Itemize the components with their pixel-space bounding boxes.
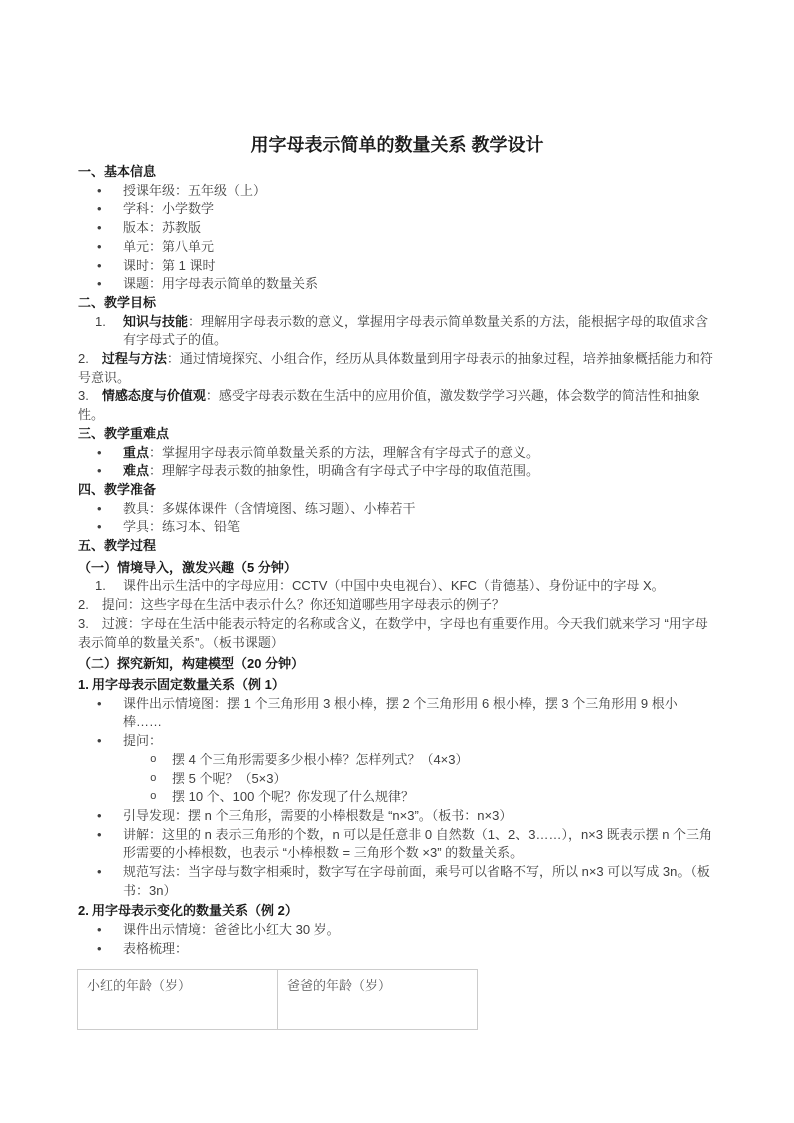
- bullet-marker: •: [78, 257, 123, 276]
- bullet-marker: •: [78, 275, 123, 294]
- list-item: • 单元：第八单元: [78, 238, 716, 257]
- bullet-marker: •: [78, 500, 123, 519]
- item-number: 2.: [78, 902, 92, 921]
- numbered-paragraph: 2.过程与方法：通过情境探究、小组合作，经历从具体数量到用字母表示的抽象过程，培…: [78, 350, 716, 387]
- sub-list-item: o 摆 5 个呢？（5×3）: [78, 770, 716, 789]
- item-body: ：理解字母表示数的抽象性，明确含有字母式子中字母的取值范围。: [149, 463, 539, 478]
- bullet-marker: •: [78, 444, 123, 463]
- circle-marker: o: [78, 751, 172, 770]
- list-item-text: 教具：多媒体课件（含情境图、练习题）、小棒若干: [123, 500, 716, 519]
- list-item: • 课题：用字母表示简单的数量关系: [78, 275, 716, 294]
- table-row: 小红的年龄（岁） 爸爸的年龄（岁）: [78, 969, 478, 1029]
- example2-heading: 2. 用字母表示变化的数量关系（例 2）: [78, 902, 716, 921]
- circle-marker: o: [78, 770, 172, 789]
- list-item-text: 重点：掌握用字母表示简单数量关系的方法，理解含有字母式子的意义。: [123, 444, 716, 463]
- list-item-text: 学科：小学数学: [123, 200, 716, 219]
- item-label: 难点: [123, 463, 149, 478]
- list-item: • 教具：多媒体课件（含情境图、练习题）、小棒若干: [78, 500, 716, 519]
- sub-list-item-text: 摆 10 个、100 个呢？你发现了什么规律？: [172, 788, 716, 807]
- item-number: 2.: [78, 597, 89, 612]
- list-item: • 学科：小学数学: [78, 200, 716, 219]
- example1-heading: 1. 用字母表示固定数量关系（例 1）: [78, 676, 716, 695]
- example1-heading-text: 用字母表示固定数量关系（例 1）: [92, 676, 285, 695]
- bullet-marker: •: [78, 921, 123, 940]
- document-page: 用字母表示简单的数量关系 教学设计 一、基本信息 • 授课年级：五年级（上） •…: [0, 0, 794, 1123]
- bullet-marker: •: [78, 940, 123, 959]
- list-item-text: 课题：用字母表示简单的数量关系: [123, 275, 716, 294]
- list-item: • 学具：练习本、铅笔: [78, 518, 716, 537]
- page-title: 用字母表示简单的数量关系 教学设计: [78, 133, 716, 157]
- sub-list-item: o 摆 4 个三角形需要多少根小棒？怎样列式？（4×3）: [78, 751, 716, 770]
- subsection-heading-part1: （一）情境导入，激发兴趣（5 分钟）: [78, 559, 716, 578]
- example2-heading-text: 用字母表示变化的数量关系（例 2）: [92, 902, 298, 921]
- bullet-marker: •: [78, 462, 123, 481]
- list-item: • 课件出示情境：爸爸比小红大 30 岁。: [78, 921, 716, 940]
- list-item-text: 学具：练习本、铅笔: [123, 518, 716, 537]
- list-item: • 讲解：这里的 n 表示三角形的个数，n 可以是任意非 0 自然数（1、2、3…: [78, 826, 716, 863]
- subsection-heading-part2: （二）探究新知，构建模型（20 分钟）: [78, 655, 716, 674]
- age-relation-table: 小红的年龄（岁） 爸爸的年龄（岁）: [77, 969, 478, 1030]
- item-number: 1.: [78, 676, 92, 695]
- numbered-item-text: 课件出示生活中的字母应用：CCTV（中国中央电视台）、KFC（肯德基）、身份证中…: [123, 577, 716, 596]
- list-item-text: 难点：理解字母表示数的抽象性，明确含有字母式子中字母的取值范围。: [123, 462, 716, 481]
- item-number: 2.: [78, 351, 89, 366]
- list-item-text: 表格梳理：: [123, 940, 716, 959]
- sub-list-item-text: 摆 5 个呢？（5×3）: [172, 770, 716, 789]
- numbered-item: 1. 课件出示生活中的字母应用：CCTV（中国中央电视台）、KFC（肯德基）、身…: [78, 577, 716, 596]
- item-number: 3.: [78, 388, 89, 403]
- list-item: • 难点：理解字母表示数的抽象性，明确含有字母式子中字母的取值范围。: [78, 462, 716, 481]
- list-item-text: 讲解：这里的 n 表示三角形的个数，n 可以是任意非 0 自然数（1、2、3………: [123, 826, 716, 863]
- numbered-paragraph: 3.过渡：字母在生活中能表示特定的名称或含义，在数学中，字母也有重要作用。今天我…: [78, 615, 716, 652]
- list-item: • 版本：苏教版: [78, 219, 716, 238]
- bullet-marker: •: [78, 219, 123, 238]
- list-item-text: 引导发现：摆 n 个三角形，需要的小棒根数是 “n×3”。（板书：n×3）: [123, 807, 716, 826]
- list-item-text: 课件出示情境：爸爸比小红大 30 岁。: [123, 921, 716, 940]
- list-item-text: 提问：: [123, 732, 716, 751]
- list-item: • 重点：掌握用字母表示简单数量关系的方法，理解含有字母式子的意义。: [78, 444, 716, 463]
- list-item: • 课件出示情境图：摆 1 个三角形用 3 根小棒，摆 2 个三角形用 6 根小…: [78, 695, 716, 732]
- list-item: • 提问：: [78, 732, 716, 751]
- item-number: 1.: [78, 313, 123, 350]
- bullet-marker: •: [78, 695, 123, 732]
- section-heading-basic-info: 一、基本信息: [78, 163, 716, 182]
- item-body: ：理解用字母表示数的意义，掌握用字母表示简单数量关系的方法，能根据字母的取值求含…: [123, 314, 708, 348]
- list-item: • 课时：第 1 课时: [78, 257, 716, 276]
- numbered-item: 1. 知识与技能：理解用字母表示数的意义，掌握用字母表示简单数量关系的方法，能根…: [78, 313, 716, 350]
- item-body: 提问：这些字母在生活中表示什么？你还知道哪些用字母表示的例子？: [102, 597, 505, 612]
- list-item-text: 授课年级：五年级（上）: [123, 182, 716, 201]
- bullet-marker: •: [78, 807, 123, 826]
- list-item-text: 规范写法：当字母与数字相乘时，数字写在字母前面，乘号可以省略不写，所以 n×3 …: [123, 863, 716, 900]
- list-item: • 规范写法：当字母与数字相乘时，数字写在字母前面，乘号可以省略不写，所以 n×…: [78, 863, 716, 900]
- list-item-text: 课件出示情境图：摆 1 个三角形用 3 根小棒，摆 2 个三角形用 6 根小棒，…: [123, 695, 716, 732]
- section-heading-process: 五、教学过程: [78, 537, 716, 556]
- bullet-marker: •: [78, 863, 123, 900]
- numbered-paragraph: 2.提问：这些字母在生活中表示什么？你还知道哪些用字母表示的例子？: [78, 596, 716, 615]
- item-number: 1.: [78, 577, 123, 596]
- list-item: • 表格梳理：: [78, 940, 716, 959]
- bullet-marker: •: [78, 826, 123, 863]
- list-item: • 引导发现：摆 n 个三角形，需要的小棒根数是 “n×3”。（板书：n×3）: [78, 807, 716, 826]
- list-item-text: 单元：第八单元: [123, 238, 716, 257]
- section-heading-preparation: 四、教学准备: [78, 481, 716, 500]
- sub-list-item: o 摆 10 个、100 个呢？你发现了什么规律？: [78, 788, 716, 807]
- table-cell-father-age: 爸爸的年龄（岁）: [278, 969, 478, 1029]
- bullet-marker: •: [78, 518, 123, 537]
- list-item-text: 版本：苏教版: [123, 219, 716, 238]
- bullet-marker: •: [78, 732, 123, 751]
- item-body: 过渡：字母在生活中能表示特定的名称或含义，在数学中，字母也有重要作用。今天我们就…: [78, 616, 708, 650]
- sub-list-item-text: 摆 4 个三角形需要多少根小棒？怎样列式？（4×3）: [172, 751, 716, 770]
- item-label: 过程与方法: [102, 351, 167, 366]
- item-body: ：通过情境探究、小组合作，经历从具体数量到用字母表示的抽象过程，培养抽象概括能力…: [78, 351, 713, 385]
- table-cell-xiaohong-age: 小红的年龄（岁）: [78, 969, 278, 1029]
- section-heading-objectives: 二、教学目标: [78, 294, 716, 313]
- bullet-marker: •: [78, 200, 123, 219]
- bullet-marker: •: [78, 182, 123, 201]
- bullet-marker: •: [78, 238, 123, 257]
- circle-marker: o: [78, 788, 172, 807]
- item-number: 3.: [78, 616, 89, 631]
- item-label: 知识与技能: [123, 314, 188, 329]
- list-item: • 授课年级：五年级（上）: [78, 182, 716, 201]
- numbered-paragraph: 3.情感态度与价值观：感受字母表示数在生活中的应用价值，激发数学学习兴趣，体会数…: [78, 387, 716, 424]
- item-label: 重点: [123, 445, 149, 460]
- section-heading-key-points: 三、教学重难点: [78, 425, 716, 444]
- item-label: 情感态度与价值观: [102, 388, 206, 403]
- numbered-item-text: 知识与技能：理解用字母表示数的意义，掌握用字母表示简单数量关系的方法，能根据字母…: [123, 313, 716, 350]
- item-body: ：掌握用字母表示简单数量关系的方法，理解含有字母式子的意义。: [149, 445, 539, 460]
- list-item-text: 课时：第 1 课时: [123, 257, 716, 276]
